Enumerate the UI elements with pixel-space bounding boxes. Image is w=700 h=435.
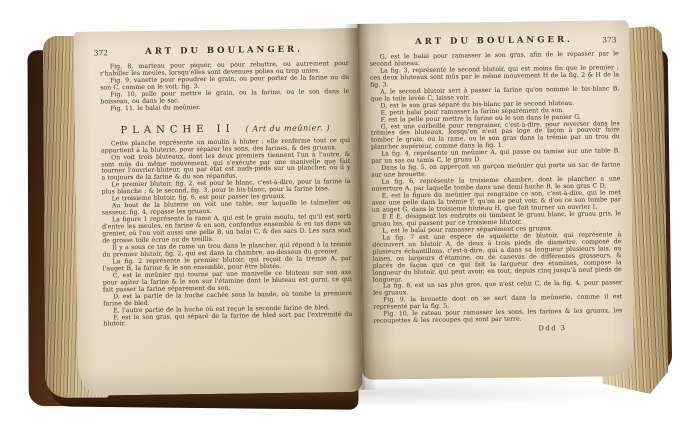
paragraph: La fig. 7 est une espece de squelette de… bbox=[372, 232, 622, 284]
book-photo: 372 ART DU BOULANGER. Fig. 8, marteau po… bbox=[0, 0, 700, 435]
left-page-content: 372 ART DU BOULANGER. Fig. 8, marteau po… bbox=[100, 44, 353, 329]
book-gutter-shadow bbox=[343, 24, 376, 390]
planche-ii-title: PLANCHE II bbox=[120, 123, 234, 136]
open-book: 372 ART DU BOULANGER. Fig. 8, marteau po… bbox=[25, 16, 675, 420]
paragraph: Fig. 11, le balai du meûnier. bbox=[100, 103, 349, 113]
planche-ii-heading: PLANCHE II ( Art du meûnier. ) bbox=[101, 115, 350, 137]
left-running-head: 372 ART DU BOULANGER. bbox=[100, 44, 349, 60]
right-running-head: ART DU BOULANGER. 373 bbox=[369, 34, 618, 50]
right-page: ART DU BOULANGER. 373 G, est le balai po… bbox=[357, 20, 634, 380]
left-page: 372 ART DU BOULANGER. Fig. 8, marteau po… bbox=[73, 28, 362, 396]
right-page-number: 373 bbox=[602, 35, 616, 44]
planche-ii-subtitle: ( Art du meûnier. ) bbox=[246, 123, 331, 133]
paragraph: F, est le son gras, qui séparé de la far… bbox=[103, 311, 352, 328]
right-page-content: ART DU BOULANGER. 373 G, est le balai po… bbox=[369, 34, 622, 335]
right-running-title: ART DU BOULANGER. bbox=[369, 34, 618, 47]
left-running-title: ART DU BOULANGER. bbox=[100, 44, 349, 57]
